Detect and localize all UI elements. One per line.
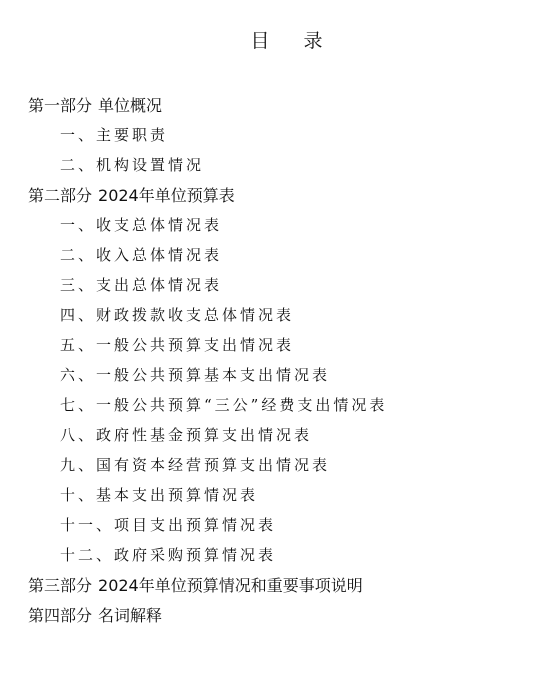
part-number: 第一部分 — [28, 96, 92, 115]
toc-item[interactable]: 五、一般公共预算支出情况表 — [0, 333, 555, 363]
part-label: 2024年单位预算表 — [98, 186, 235, 205]
toc-item[interactable]: 九、国有资本经营预算支出情况表 — [0, 453, 555, 483]
toc-item[interactable]: 三、支出总体情况表 — [0, 273, 555, 303]
part-label: 单位概况 — [98, 96, 162, 115]
part-number: 第四部分 — [28, 606, 92, 625]
toc-item[interactable]: 十二、政府采购预算情况表 — [0, 543, 555, 573]
toc-part-2[interactable]: 第二部分2024年单位预算表 — [0, 183, 555, 213]
toc-item[interactable]: 四、财政拨款收支总体情况表 — [0, 303, 555, 333]
toc-part-1[interactable]: 第一部分单位概况 — [0, 93, 555, 123]
part-label: 2024年单位预算情况和重要事项说明 — [98, 576, 363, 595]
toc-item[interactable]: 十、基本支出预算情况表 — [0, 483, 555, 513]
part-label: 名词解释 — [98, 606, 162, 625]
part-number: 第三部分 — [28, 576, 92, 595]
part-number: 第二部分 — [28, 186, 92, 205]
toc-item[interactable]: 七、一般公共预算“三公”经费支出情况表 — [0, 393, 555, 423]
toc-item[interactable]: 一、收支总体情况表 — [0, 213, 555, 243]
toc-item[interactable]: 六、一般公共预算基本支出情况表 — [0, 363, 555, 393]
toc-part-3[interactable]: 第三部分2024年单位预算情况和重要事项说明 — [0, 573, 555, 603]
toc-part-4[interactable]: 第四部分名词解释 — [0, 603, 555, 633]
toc-item[interactable]: 十一、项目支出预算情况表 — [0, 513, 555, 543]
page-title: 目 录 — [0, 28, 555, 54]
toc-item[interactable]: 二、机构设置情况 — [0, 153, 555, 183]
toc-item[interactable]: 一、主要职责 — [0, 123, 555, 153]
toc-item[interactable]: 二、收入总体情况表 — [0, 243, 555, 273]
table-of-contents: 第一部分单位概况 一、主要职责 二、机构设置情况 第二部分2024年单位预算表 … — [0, 93, 555, 633]
toc-item[interactable]: 八、政府性基金预算支出情况表 — [0, 423, 555, 453]
